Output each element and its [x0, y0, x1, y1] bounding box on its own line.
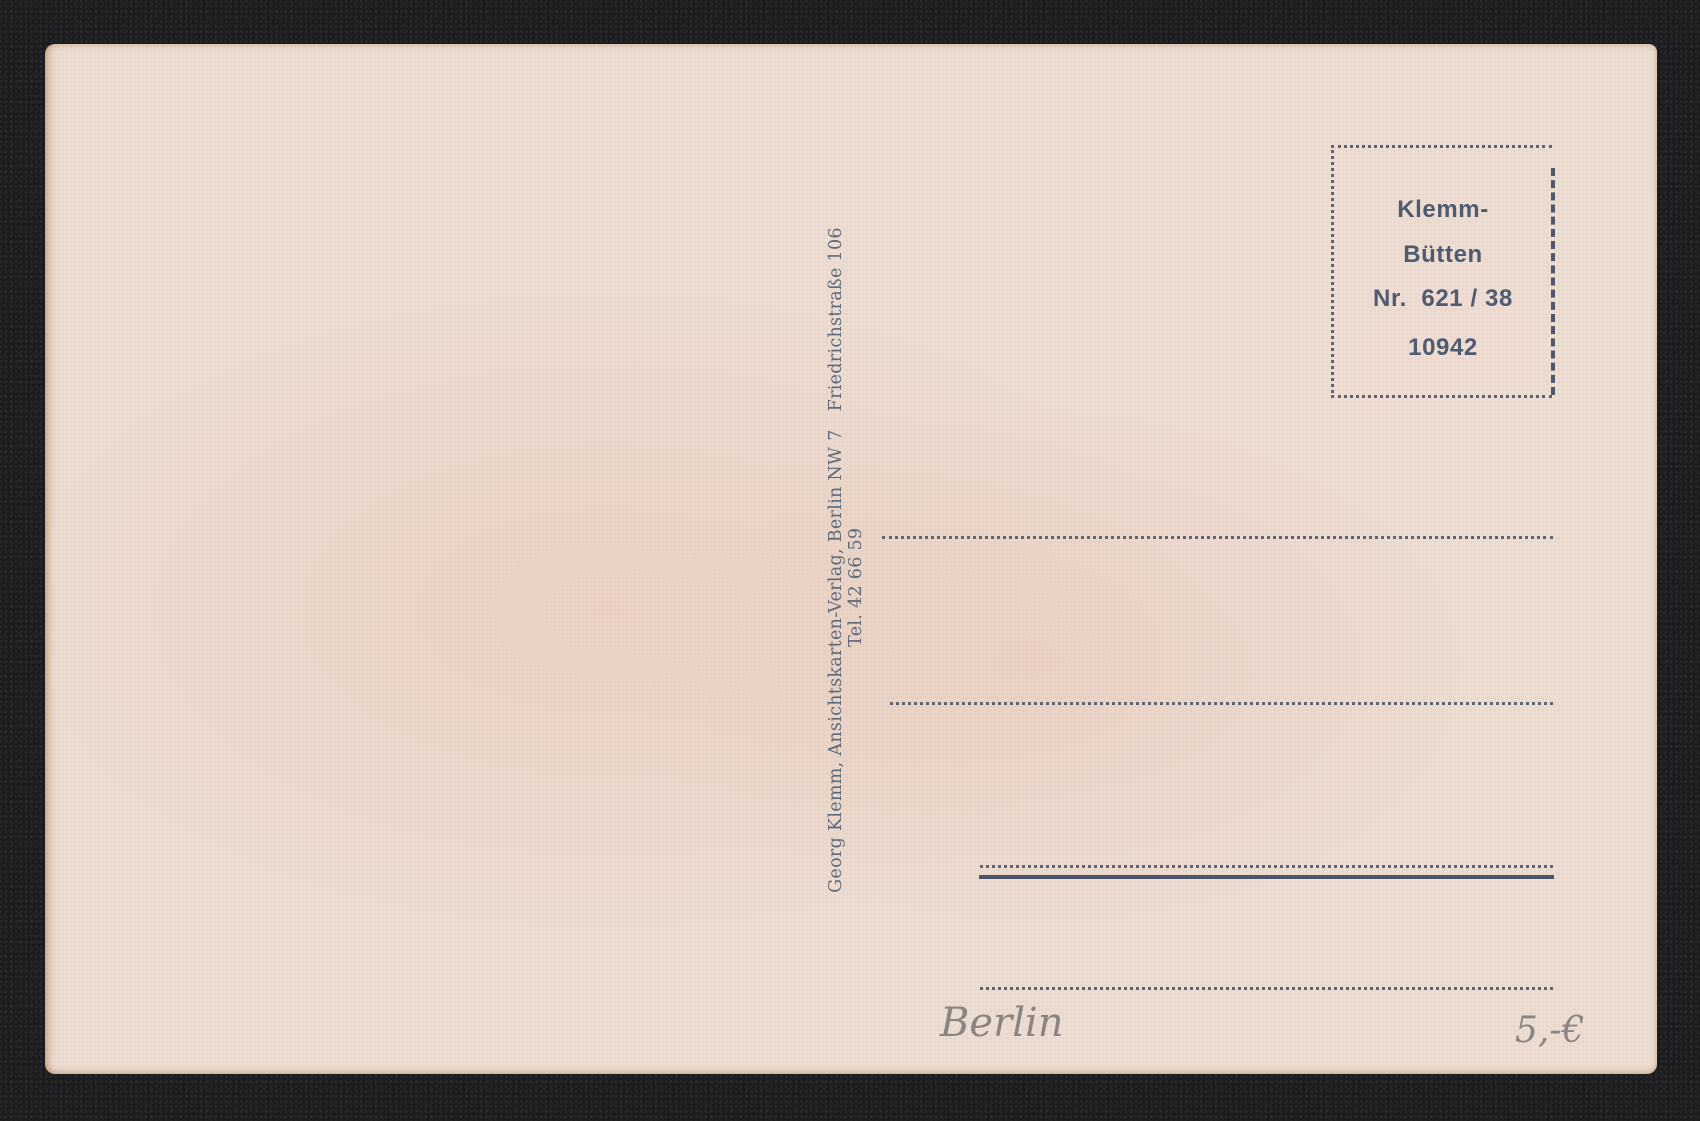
- publisher-city: Berlin NW 7: [826, 429, 846, 542]
- stamp-line-3: Nr. 621 / 38: [1334, 285, 1552, 313]
- handwritten-price: 5,-€: [1515, 1010, 1584, 1051]
- address-underline: [979, 875, 1554, 879]
- publisher-line-1: Georg Klemm, Ansichtskarten-Verlag, Berl…: [826, 227, 846, 893]
- address-line-4: [980, 987, 1553, 990]
- address-line-2: [890, 702, 1553, 705]
- handwritten-location: Berlin: [940, 1000, 1064, 1046]
- stamp-line-2: Bütten: [1334, 241, 1552, 269]
- publisher-street: Friedrichstraße 106: [826, 227, 846, 411]
- publisher-name: Georg Klemm,: [826, 761, 846, 892]
- address-line-1: [882, 536, 1553, 539]
- stamp-box: Klemm- Bütten Nr. 621 / 38 10942: [1331, 145, 1552, 398]
- publisher-imprint: Georg Klemm, Ansichtskarten-Verlag, Berl…: [826, 227, 866, 893]
- address-line-3: [980, 865, 1553, 868]
- publisher-phone: Tel. 42 66 59: [846, 227, 866, 893]
- publisher-company: Ansichtskarten-Verlag,: [826, 548, 846, 755]
- stamp-line-1: Klemm-: [1334, 196, 1552, 224]
- stamp-line-4: 10942: [1334, 334, 1552, 362]
